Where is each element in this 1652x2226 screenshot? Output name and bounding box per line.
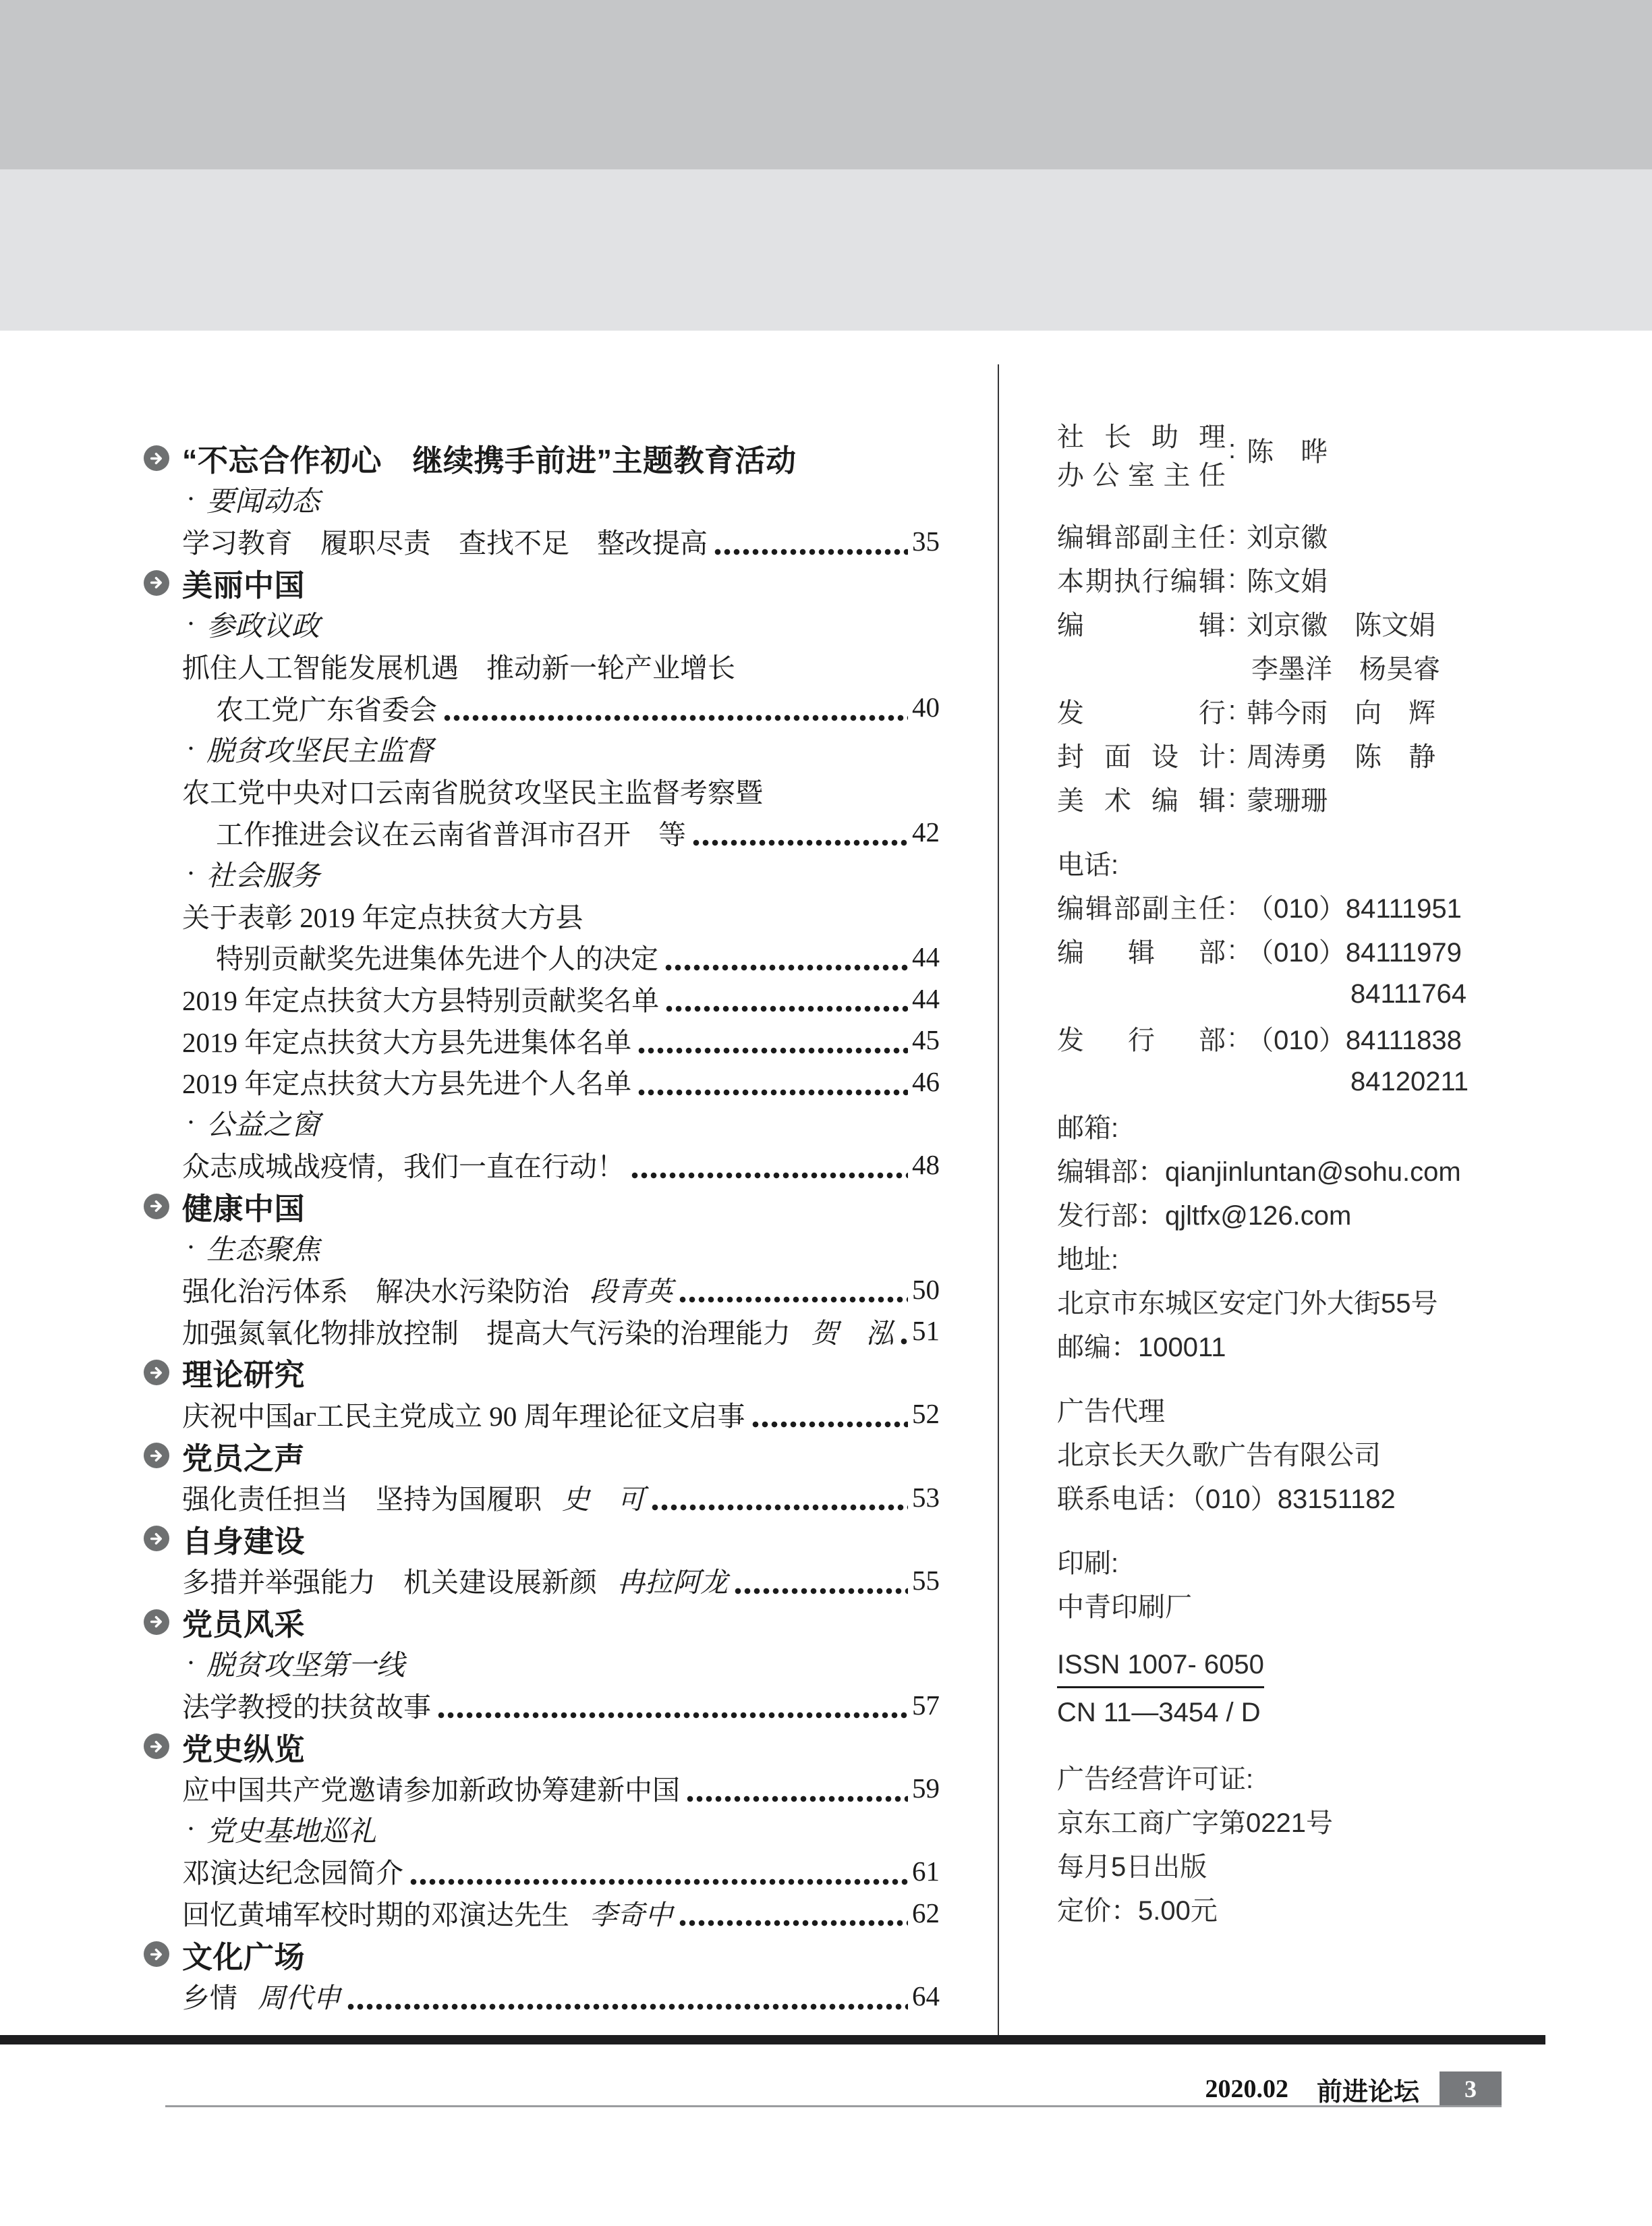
- bullet-icon: ·: [186, 858, 196, 890]
- masthead-colon: :: [1228, 608, 1236, 638]
- masthead-label: 社长助理: [1057, 416, 1226, 454]
- masthead-dual-labels: 社长助理办公室主任: [1057, 416, 1226, 483]
- masthead-text: 广告代理: [1057, 1390, 1165, 1428]
- masthead-value: 陈文娟: [1247, 560, 1328, 599]
- toc-entry-author: 周代申: [258, 1976, 341, 2015]
- toc-art-row: 邓演达纪念园简介61: [182, 1850, 940, 1892]
- toc-entry-page-number: 44: [912, 982, 940, 1015]
- bullet-icon: ·: [186, 1813, 196, 1845]
- toc-art-row: 学习教育 履职尽责 查找不足 整改提高35: [182, 520, 940, 562]
- masthead-label: 本期执行编辑: [1057, 560, 1226, 599]
- masthead-value: （010）84111838: [1247, 1019, 1462, 1057]
- toc-entry-page-number: 40: [912, 691, 940, 723]
- top-band-light: [0, 169, 1652, 331]
- arrow-circle-icon: [144, 1941, 169, 1967]
- toc-art-row: 强化治污体系 解决水污染防治段青英50: [182, 1269, 940, 1310]
- toc-section-row: 党史纵览: [182, 1725, 940, 1767]
- dotted-leader: [687, 1796, 908, 1802]
- toc-sub-row: ·脱贫攻坚民主监督: [182, 728, 940, 770]
- masthead-colon: :: [1228, 696, 1236, 726]
- toc-section-title: “不忘合作初心 继续携手前进”主题教育活动: [182, 436, 797, 480]
- toc-entry-title: 应中国共产党邀请参加新政协筹建新中国: [182, 1768, 680, 1808]
- masthead-value: 刘京徽: [1247, 516, 1328, 555]
- toc-entry-author: 段青英: [590, 1269, 673, 1309]
- masthead-colon: :: [1228, 435, 1236, 465]
- dotted-leader: [693, 839, 908, 846]
- masthead-plain-row: CN 11—3454 / D: [1057, 1691, 1516, 1735]
- toc-line-row: 关于表彰 2019 年定点扶贫大方县: [182, 895, 940, 937]
- toc-entry-title: 庆祝中国аг工民主党成立 90 周年理论征文启事: [182, 1394, 745, 1434]
- masthead-plain-row: 北京市东城区安定门外大街55号: [1057, 1279, 1516, 1323]
- masthead-text: 邮编：100011: [1057, 1326, 1226, 1364]
- masthead-text: 中青印刷厂: [1057, 1586, 1192, 1624]
- toc-section-title: 党史纵览: [182, 1725, 305, 1769]
- masthead-plain-row: 印刷:: [1057, 1539, 1516, 1583]
- dotted-leader: [638, 1047, 908, 1054]
- masthead-jrow-row: 编辑:刘京徽 陈文娟: [1057, 601, 1516, 645]
- masthead-cont-row: 李墨洋 杨昊睿: [1057, 645, 1516, 689]
- masthead-colon: :: [1228, 520, 1236, 551]
- arrow-circle-icon: [144, 1526, 169, 1551]
- toc-art-row: 2019 年定点扶贫大方县特别贡献奖名单44: [182, 978, 940, 1020]
- masthead-plain-row: 邮箱:: [1057, 1104, 1516, 1148]
- toc-column: “不忘合作初心 继续携手前进”主题教育活动·要闻动态学习教育 履职尽责 查找不足…: [182, 437, 940, 2017]
- toc-sub-row: ·参政议政: [182, 603, 940, 645]
- toc-entry-title: 关于表彰 2019 年定点扶贫大方县: [182, 895, 583, 935]
- toc-entry-page-number: 50: [912, 1273, 940, 1306]
- masthead-jrow-row: 编辑部副主任:（010）84111951: [1057, 885, 1516, 928]
- toc-entry-page-number: 44: [912, 941, 940, 973]
- toc-sub-row: ·生态聚焦: [182, 1227, 940, 1269]
- masthead-jrow-row: 发行:韩今雨 向 辉: [1057, 689, 1516, 733]
- dotted-leader: [666, 1005, 908, 1012]
- toc-sub-row: ·公益之窗: [182, 1103, 940, 1144]
- toc-sub-row: ·要闻动态: [182, 479, 940, 521]
- magazine-toc-page: “不忘合作初心 继续携手前进”主题教育活动·要闻动态学习教育 履职尽责 查找不足…: [0, 0, 1652, 2226]
- toc-entry-title: 多措并举强能力 机关建设展新颜: [182, 1560, 597, 1600]
- toc-section-row: 文化广场: [182, 1933, 940, 1975]
- toc-section-title: 美丽中国: [182, 561, 305, 605]
- toc-entry-title: 加强氮氧化物排放控制 提高大气污染的治理能力: [182, 1311, 791, 1351]
- dotted-leader: [410, 1879, 908, 1885]
- toc-art-row: 众志成城战疫情，我们一直在行动！48: [182, 1144, 940, 1186]
- dotted-leader: [901, 1338, 908, 1345]
- dotted-leader: [347, 2003, 908, 2010]
- masthead-text: 发行部：qjltfx@126.com: [1057, 1194, 1351, 1233]
- toc-subsection-label: 要闻动态: [206, 479, 320, 520]
- masthead-text: 北京市东城区安定门外大街55号: [1057, 1282, 1438, 1320]
- toc-subsection-label: 脱贫攻坚第一线: [206, 1643, 405, 1684]
- masthead-colon: :: [1228, 935, 1236, 966]
- masthead-value: （010）84111951: [1247, 887, 1462, 926]
- bullet-icon: ·: [186, 483, 196, 516]
- issn-code: ISSN 1007- 6050: [1057, 1650, 1264, 1688]
- dotted-leader: [665, 964, 908, 971]
- masthead-plain-row: 广告经营许可证:: [1057, 1755, 1516, 1799]
- footer: 2020.02 前进论坛 3: [165, 2071, 1502, 2107]
- dotted-leader: [444, 715, 908, 721]
- toc-entry-title: 抓住人工智能发展机遇 推动新一轮产业增长: [182, 646, 735, 686]
- toc-section-row: 自身建设: [182, 1518, 940, 1559]
- masthead-colon: :: [1228, 891, 1236, 922]
- toc-entry-page-number: 52: [912, 1397, 940, 1430]
- arrow-circle-icon: [144, 1733, 169, 1759]
- masthead-text: CN 11—3454 / D: [1057, 1698, 1261, 1728]
- dotted-leader: [638, 1089, 908, 1096]
- toc-section-row: 美丽中国: [182, 562, 940, 604]
- masthead-jrow-row: 封面设计:周涛勇 陈 静: [1057, 733, 1516, 777]
- masthead-plain-row: 京东工商广字第0221号: [1057, 1799, 1516, 1843]
- page-number-badge: 3: [1440, 2071, 1502, 2107]
- toc-subsection-label: 脱贫攻坚民主监督: [206, 729, 433, 769]
- toc-entry-page-number: 61: [912, 1855, 940, 1887]
- masthead-text: 84111764: [1350, 979, 1466, 1009]
- arrow-circle-icon: [144, 570, 169, 596]
- masthead-plain-row: 定价：5.00元: [1057, 1887, 1516, 1930]
- dotted-leader: [679, 1920, 908, 1926]
- dotted-leader: [735, 1588, 908, 1594]
- masthead-jrow-row: 编辑部:（010）84111979: [1057, 928, 1516, 972]
- masthead-text: 李墨洋 杨昊睿: [1251, 648, 1440, 686]
- toc-entry-author: 冉拉阿龙: [617, 1560, 728, 1600]
- masthead-value: （010）84111979: [1247, 931, 1462, 970]
- footer-rule: [165, 2105, 1502, 2107]
- arrow-circle-icon: [144, 1360, 169, 1385]
- masthead-label: 封面设计: [1057, 735, 1226, 774]
- toc-entry-page-number: 46: [912, 1065, 940, 1098]
- masthead-plain-row: 地址:: [1057, 1235, 1516, 1279]
- masthead-jrow-row: 美术编辑:蒙珊珊: [1057, 777, 1516, 820]
- masthead-label: 编辑部: [1057, 931, 1226, 970]
- toc-entry-title: 强化治污体系 解决水污染防治: [182, 1269, 569, 1309]
- toc-art-row: 加强氮氧化物排放控制 提高大气污染的治理能力贺 泓51: [182, 1310, 940, 1352]
- masthead-group-gap: [1057, 1367, 1516, 1387]
- masthead-plain-row: 广告代理: [1057, 1387, 1516, 1431]
- toc-art-row: 工作推进会议在云南省普洱市召开 等42: [182, 811, 940, 853]
- toc-art-row: 特别贡献奖先进集体先进个人的决定44: [182, 936, 940, 978]
- masthead-cont-row: 84120211: [1057, 1060, 1516, 1104]
- dotted-leader: [714, 549, 908, 555]
- toc-section-title: 健康中国: [182, 1184, 305, 1228]
- masthead-group-gap: [1057, 1627, 1516, 1647]
- toc-art-row: 庆祝中国аг工民主党成立 90 周年理论征文启事52: [182, 1393, 940, 1435]
- footer-magazine-title: 前进论坛: [1317, 2071, 1419, 2108]
- toc-entry-title: 强化责任担当 坚持为国履职: [182, 1477, 542, 1517]
- masthead-colon: :: [1228, 740, 1236, 770]
- masthead-jrow-row: 编辑部副主任:刘京徽: [1057, 513, 1516, 557]
- toc-subsection-label: 社会服务: [206, 854, 320, 894]
- masthead-text: 印刷:: [1057, 1542, 1118, 1580]
- masthead-value: 韩今雨 向 辉: [1247, 692, 1435, 730]
- masthead-cont-row: 84111764: [1057, 972, 1516, 1016]
- masthead-text: 北京长天久歌广告有限公司: [1057, 1434, 1381, 1472]
- toc-entry-title: 法学教授的扶贫故事: [182, 1685, 431, 1725]
- toc-section-row: 理论研究: [182, 1352, 940, 1393]
- dotted-leader: [631, 1172, 908, 1179]
- toc-sub-row: ·党史基地巡礼: [182, 1809, 940, 1851]
- toc-section-row: 党员风采: [182, 1601, 940, 1643]
- toc-subsection-label: 公益之窗: [206, 1103, 320, 1143]
- dotted-leader: [679, 1296, 908, 1303]
- toc-entry-title: 农工党中央对口云南省脱贫攻坚民主监督考察暨: [182, 771, 763, 810]
- toc-sub-row: ·社会服务: [182, 853, 940, 895]
- bullet-icon: ·: [186, 1231, 196, 1264]
- arrow-circle-icon: [144, 1194, 169, 1219]
- toc-entry-page-number: 42: [912, 816, 940, 848]
- masthead-group-gap: [1057, 493, 1516, 513]
- column-divider-line: [998, 364, 999, 2035]
- dotted-leader: [438, 1712, 908, 1719]
- toc-entry-page-number: 48: [912, 1148, 940, 1181]
- toc-art-row: 乡情周代申64: [182, 1975, 940, 2017]
- toc-section-title: 自身建设: [182, 1517, 305, 1561]
- toc-section-row: 健康中国: [182, 1186, 940, 1227]
- top-band-dark: [0, 0, 1652, 169]
- masthead-label: 美术编辑: [1057, 779, 1226, 818]
- toc-entry-page-number: 55: [912, 1564, 940, 1596]
- masthead-text: 京东工商广字第0221号: [1057, 1802, 1333, 1840]
- toc-subsection-label: 党史基地巡礼: [206, 1809, 376, 1849]
- toc-entry-title: 2019 年定点扶贫大方县先进个人名单: [182, 1061, 631, 1101]
- toc-entry-title: 邓演达纪念园简介: [182, 1851, 403, 1891]
- toc-entry-page-number: 59: [912, 1772, 940, 1804]
- toc-entry-page-number: 51: [912, 1314, 940, 1347]
- toc-entry-title: 学习教育 履职尽责 查找不足 整改提高: [182, 521, 708, 561]
- dotted-leader: [652, 1504, 908, 1511]
- masthead-group-gap: [1057, 1519, 1516, 1539]
- toc-art-row: 2019 年定点扶贫大方县先进集体名单45: [182, 1019, 940, 1061]
- toc-entry-page-number: 53: [912, 1481, 940, 1513]
- masthead-label: 编辑部副主任: [1057, 887, 1226, 926]
- toc-section-title: 党员风采: [182, 1600, 305, 1644]
- toc-section-title: 理论研究: [182, 1350, 305, 1394]
- masthead-jrow-row: 发行部:（010）84111838: [1057, 1016, 1516, 1060]
- masthead-plain-row: 邮编：100011: [1057, 1323, 1516, 1367]
- arrow-circle-icon: [144, 445, 169, 471]
- masthead-text: 广告经营许可证:: [1057, 1758, 1253, 1796]
- toc-line-row: 农工党中央对口云南省脱贫攻坚民主监督考察暨: [182, 770, 940, 812]
- masthead-text: 联系电话：（010）83151182: [1057, 1478, 1396, 1516]
- toc-art-row: 应中国共产党邀请参加新政协筹建新中国59: [182, 1767, 940, 1809]
- masthead-label: 发行: [1057, 692, 1226, 730]
- masthead-label: 发行部: [1057, 1019, 1226, 1057]
- toc-entry-title: 乡情: [182, 1976, 237, 2015]
- toc-entry-title: 2019 年定点扶贫大方县先进集体名单: [182, 1020, 631, 1060]
- toc-entry-page-number: 35: [912, 525, 940, 557]
- masthead-text: 定价：5.00元: [1057, 1889, 1218, 1928]
- toc-art-row: 强化责任担当 坚持为国履职史 可53: [182, 1476, 940, 1518]
- masthead-label: 编辑部副主任: [1057, 516, 1226, 555]
- masthead-value: 陈 晔: [1247, 430, 1328, 469]
- masthead-value: 周涛勇 陈 静: [1247, 735, 1435, 774]
- masthead-text: 邮箱:: [1057, 1107, 1118, 1145]
- masthead-text: 编辑部：qianjinluntan@sohu.com: [1057, 1150, 1461, 1189]
- footer-issue: 2020.02: [1205, 2074, 1288, 2104]
- toc-entry-page-number: 62: [912, 1897, 940, 1929]
- toc-entry-page-number: 45: [912, 1024, 940, 1056]
- toc-entry-title: 回忆黄埔军校时期的邓演达先生: [182, 1893, 569, 1932]
- masthead-jrow-row: 本期执行编辑:陈文娟: [1057, 557, 1516, 601]
- toc-entry-title: 工作推进会议在云南省普洱市召开 等: [216, 812, 686, 852]
- toc-subsection-label: 参政议政: [206, 604, 320, 644]
- masthead-colon: :: [1228, 783, 1236, 814]
- footer-black-bar: [0, 2035, 1545, 2044]
- masthead-text: 84120211: [1350, 1067, 1469, 1097]
- toc-entry-page-number: 57: [912, 1689, 940, 1721]
- masthead-value: 刘京徽 陈文娟: [1247, 604, 1435, 642]
- masthead-column: 社长助理办公室主任:陈 晔编辑部副主任:刘京徽本期执行编辑:陈文娟编辑:刘京徽 …: [1057, 406, 1516, 1930]
- masthead-group-gap: [1057, 1735, 1516, 1755]
- masthead-label: 办公室主任: [1057, 454, 1226, 493]
- masthead-plain-row: 北京长天久歌广告有限公司: [1057, 1431, 1516, 1475]
- toc-art-row: 农工党广东省委会40: [182, 687, 940, 729]
- masthead-group-gap: [1057, 820, 1516, 841]
- arrow-circle-icon: [144, 1443, 169, 1468]
- masthead-text: 每月5日出版: [1057, 1845, 1207, 1884]
- toc-sub-row: ·脱贫攻坚第一线: [182, 1642, 940, 1684]
- bullet-icon: ·: [186, 1647, 196, 1679]
- toc-section-title: 文化广场: [182, 1932, 305, 1976]
- toc-entry-author: 史 可: [562, 1477, 645, 1517]
- toc-art-row: 法学教授的扶贫故事57: [182, 1684, 940, 1726]
- masthead-issn-row: ISSN 1007- 6050: [1057, 1647, 1516, 1691]
- masthead-dual-row: 社长助理办公室主任:陈 晔: [1057, 406, 1516, 493]
- dotted-leader: [752, 1421, 908, 1428]
- masthead-text: 地址:: [1057, 1238, 1118, 1277]
- masthead-plain-row: 中青印刷厂: [1057, 1583, 1516, 1627]
- toc-art-row: 2019 年定点扶贫大方县先进个人名单46: [182, 1061, 940, 1103]
- toc-entry-title: 2019 年定点扶贫大方县特别贡献奖名单: [182, 978, 659, 1018]
- toc-entry-author: 贺 泓: [811, 1311, 894, 1351]
- toc-section-row: “不忘合作初心 继续携手前进”主题教育活动: [182, 437, 940, 479]
- masthead-plain-row: 联系电话：（010）83151182: [1057, 1475, 1516, 1519]
- arrow-circle-icon: [144, 1609, 169, 1635]
- toc-entry-author: 李奇中: [590, 1893, 673, 1932]
- bullet-icon: ·: [186, 608, 196, 640]
- toc-art-row: 回忆黄埔军校时期的邓演达先生李奇中62: [182, 1892, 940, 1934]
- masthead-plain-row: 编辑部：qianjinluntan@sohu.com: [1057, 1148, 1516, 1192]
- toc-art-row: 多措并举强能力 机关建设展新颜冉拉阿龙55: [182, 1559, 940, 1601]
- masthead-plain-row: 发行部：qjltfx@126.com: [1057, 1192, 1516, 1235]
- bullet-icon: ·: [186, 1107, 196, 1139]
- toc-entry-title: 众志成城战疫情，我们一直在行动！: [182, 1144, 625, 1184]
- toc-line-row: 抓住人工智能发展机遇 推动新一轮产业增长: [182, 645, 940, 687]
- masthead-text: 电话:: [1057, 843, 1118, 882]
- toc-entry-page-number: 64: [912, 1980, 940, 2012]
- masthead-colon: :: [1228, 1023, 1236, 1053]
- toc-section-title: 党员之声: [182, 1434, 305, 1478]
- masthead-value: 蒙珊珊: [1247, 779, 1328, 818]
- toc-subsection-label: 生态聚焦: [206, 1227, 320, 1268]
- masthead-colon: :: [1228, 564, 1236, 594]
- masthead-plain-row: 电话:: [1057, 841, 1516, 885]
- bullet-icon: ·: [186, 733, 196, 765]
- toc-section-row: 党员之声: [182, 1435, 940, 1476]
- toc-entry-title: 农工党广东省委会: [216, 688, 437, 727]
- masthead-label: 编辑: [1057, 604, 1226, 642]
- toc-entry-title: 特别贡献奖先进集体先进个人的决定: [216, 937, 658, 976]
- masthead-plain-row: 每月5日出版: [1057, 1843, 1516, 1887]
